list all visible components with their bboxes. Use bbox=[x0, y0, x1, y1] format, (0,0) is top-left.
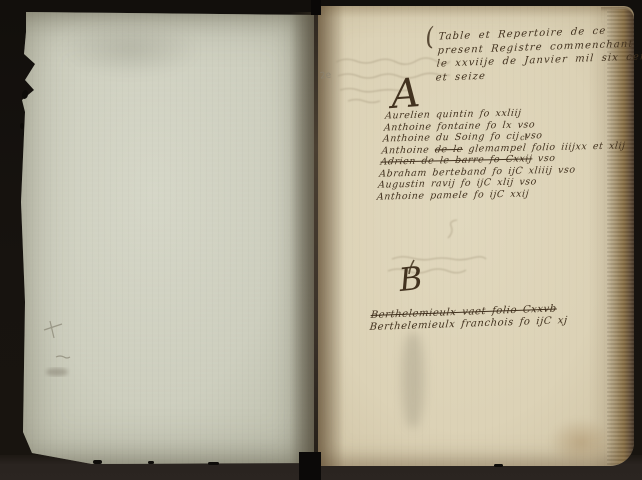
pencil-foliation-note: 2e bbox=[320, 70, 332, 81]
manuscript-scan: ( Table et Repertoire de ce present Regi… bbox=[0, 0, 642, 480]
torn-edge-hole bbox=[20, 123, 24, 129]
left-page bbox=[20, 12, 317, 464]
gutter-gap-bottom bbox=[299, 452, 321, 480]
section-initial-b: B bbox=[397, 262, 424, 296]
section-initial-a: A bbox=[390, 73, 422, 115]
page-edge-nick bbox=[148, 461, 154, 464]
page-edge-nick bbox=[208, 462, 219, 465]
gutter-shadow bbox=[290, 12, 314, 464]
page-edge-nick bbox=[93, 460, 102, 464]
gutter-gap-top bbox=[311, 0, 321, 15]
page-edge-nick bbox=[494, 464, 503, 467]
register-title: Table et Repertoire de ce present Regist… bbox=[435, 23, 642, 85]
index-section-a: Aurelien quintin fo xxliij Anthoine font… bbox=[376, 105, 630, 203]
